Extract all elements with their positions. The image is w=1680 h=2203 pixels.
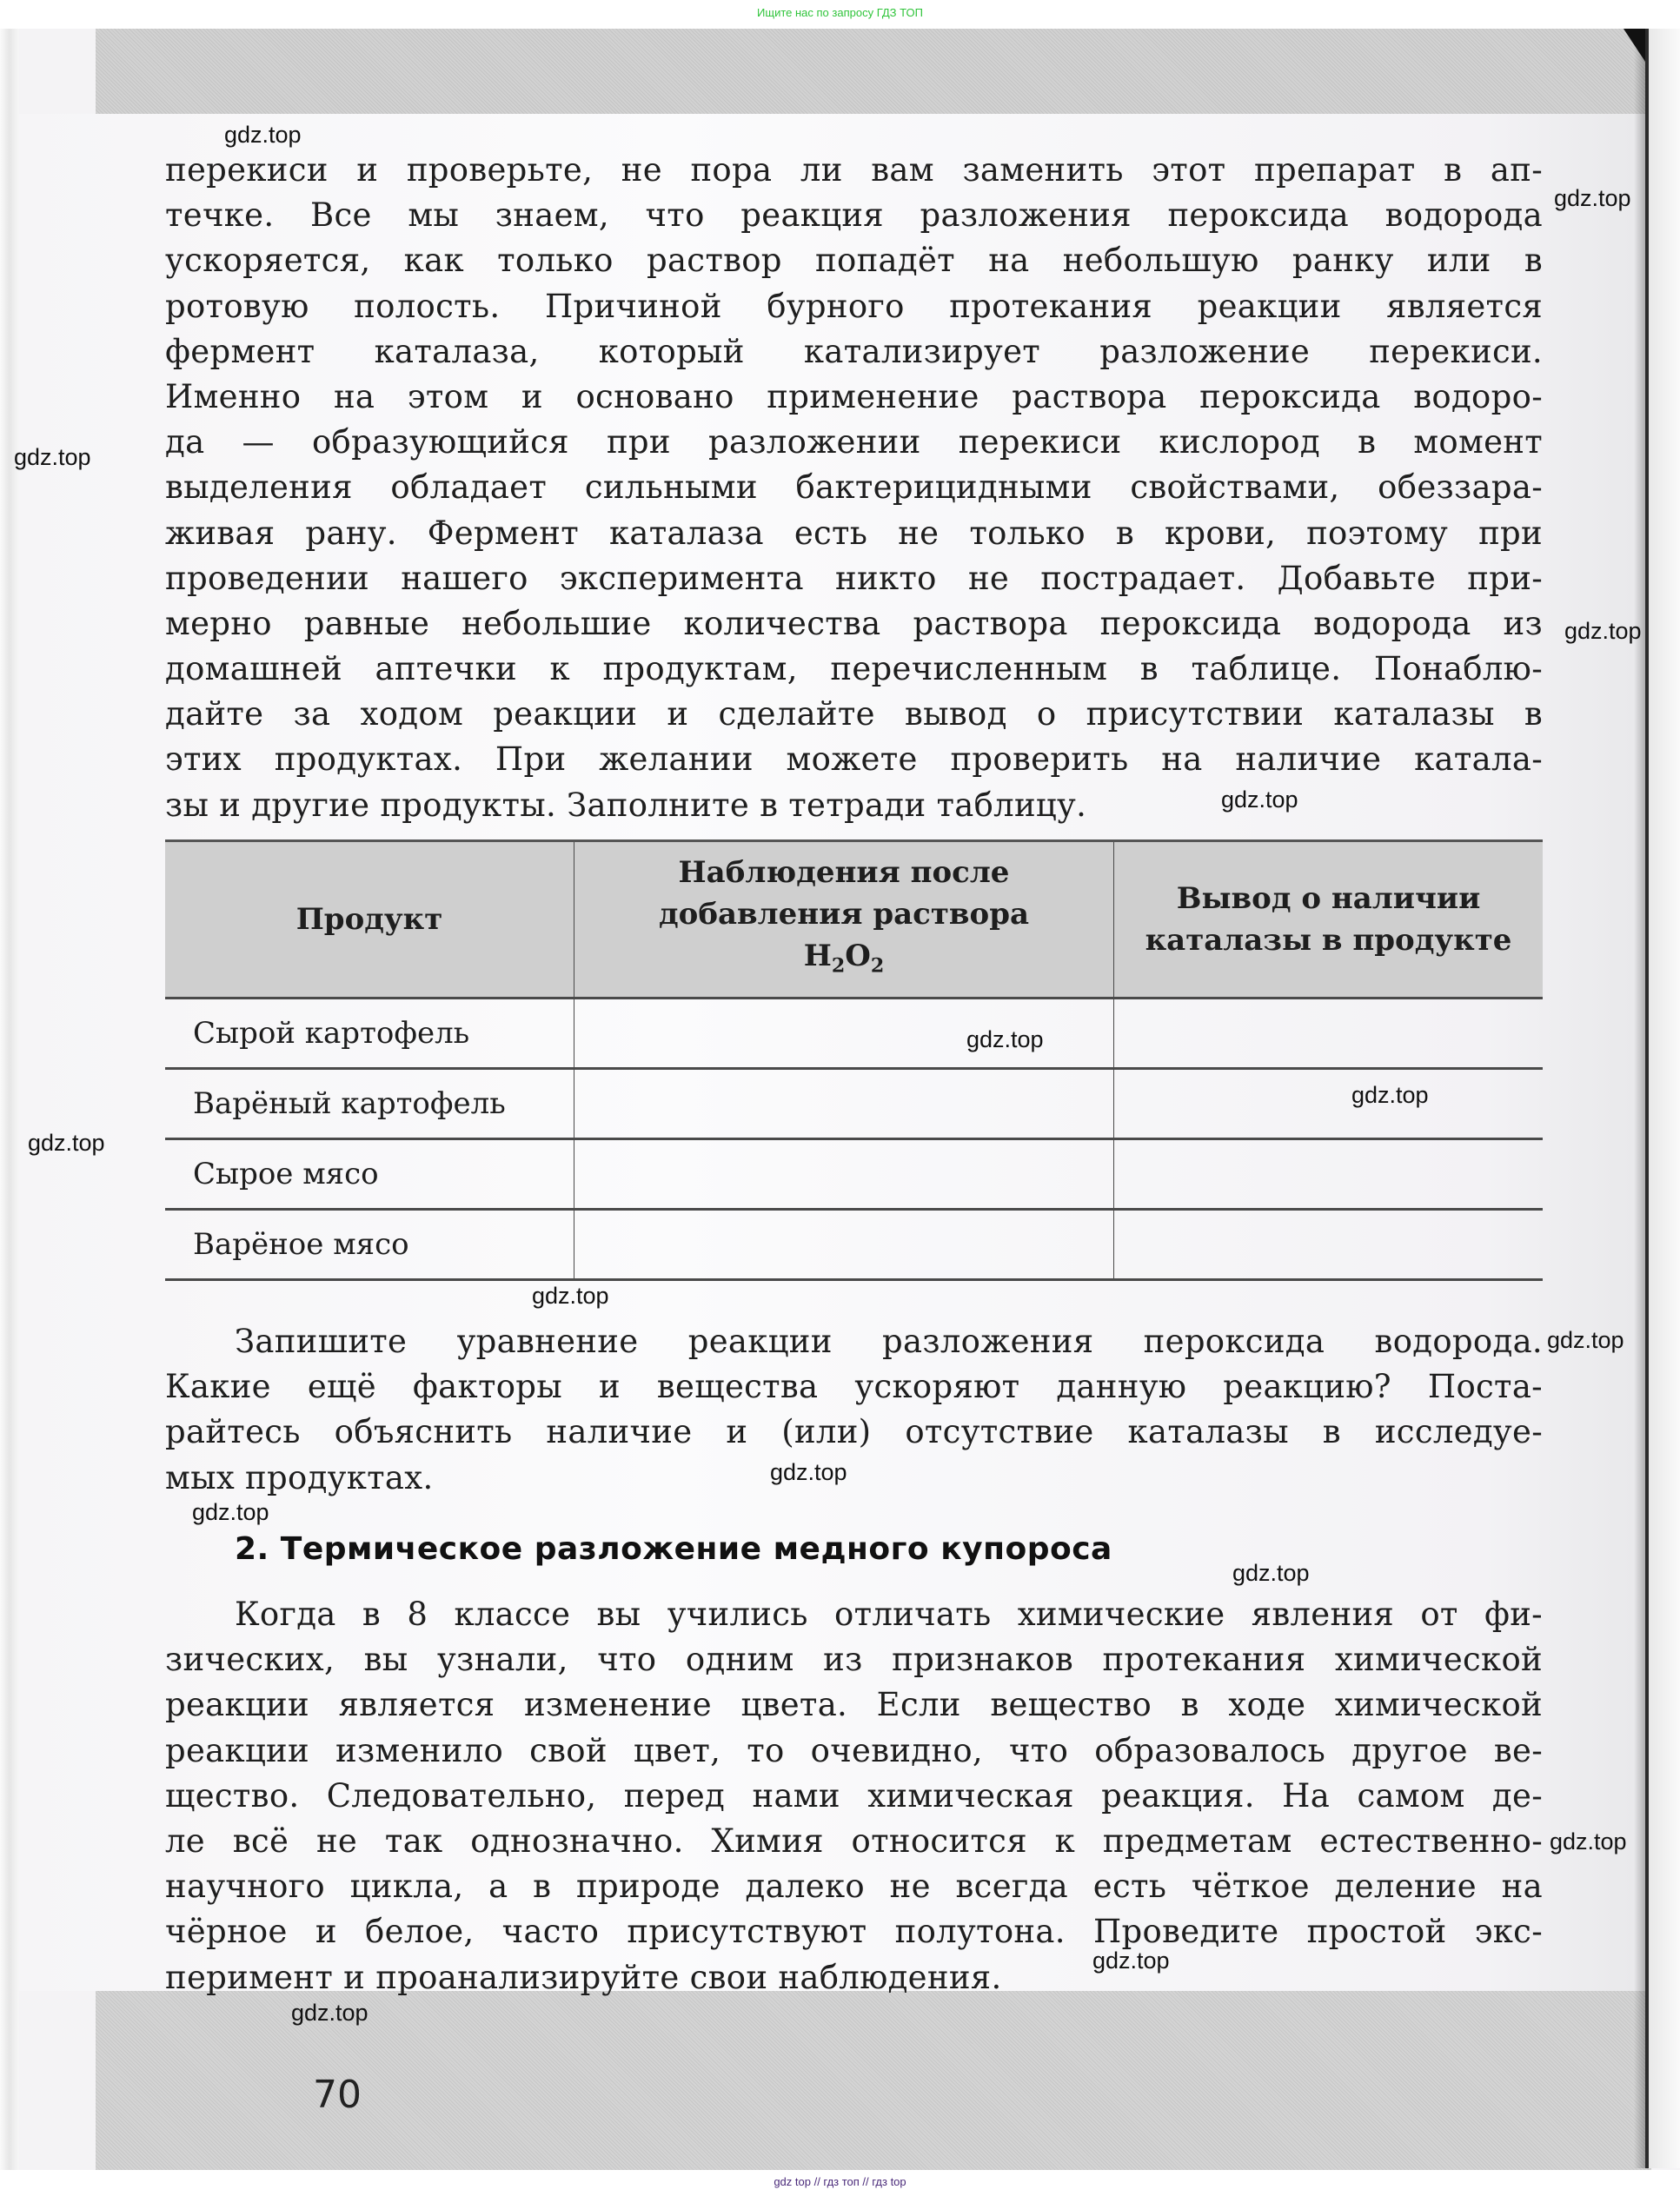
paragraph-reaction-task: Запишите уравнение реакции разложения пе…	[165, 1319, 1543, 1501]
text-line: фермент каталаза, который катализирует р…	[165, 329, 1543, 375]
header-gray-band	[96, 29, 1651, 114]
text-line: да — образующийся при разложении перекис…	[165, 420, 1543, 465]
text-line: домашней аптечки к продуктам, перечислен…	[165, 647, 1543, 692]
cell-conclusion	[1114, 1139, 1544, 1210]
watermark: gdz.top	[1564, 618, 1642, 645]
text-line: Когда в 8 классе вы учились отличать хим…	[165, 1592, 1543, 1637]
watermark: gdz.top	[1092, 1948, 1170, 1974]
header-observations: Наблюдения после добавления раствора H2O…	[574, 841, 1114, 999]
text-line: проведении нашего эксперимента никто не …	[165, 556, 1543, 601]
text-line: реакции является изменение цвета. Если в…	[165, 1682, 1543, 1728]
table-row: Сырое мясо	[165, 1139, 1543, 1210]
header-product: Продукт	[165, 841, 574, 999]
cell-conclusion	[1114, 1210, 1544, 1280]
text-line: научного цикла, а в природе далеко не вс…	[165, 1864, 1543, 1909]
cell-product: Варёное мясо	[165, 1210, 574, 1280]
text-line: перекиси и проверьте, не пора ли вам зам…	[165, 148, 1543, 193]
header-observations-line1: Наблюдения после	[679, 855, 1010, 890]
cell-observation	[574, 1139, 1114, 1210]
table-row: Сырой картофель	[165, 999, 1543, 1069]
h2o2-formula: H2O2	[804, 939, 885, 973]
text-line: Запишите уравнение реакции разложения пе…	[165, 1319, 1543, 1364]
page-left-edge	[0, 29, 19, 2170]
formula-sub: 2	[832, 955, 845, 978]
watermark: gdz.top	[1221, 786, 1298, 813]
header-conclusion-line1: Вывод о наличии	[1177, 881, 1481, 916]
watermark: gdz.top	[28, 1130, 105, 1157]
text-line: Какие ещё факторы и вещества ускоряют да…	[165, 1364, 1543, 1410]
watermark: gdz.top	[1232, 1560, 1310, 1587]
paragraph-catalase-intro: перекиси и проверьте, не пора ли вам зам…	[165, 148, 1543, 828]
formula-sub: 2	[871, 955, 884, 978]
cell-product: Варёный картофель	[165, 1069, 574, 1139]
watermark: gdz.top	[532, 1283, 609, 1310]
text-line: ле всё не так однозначно. Химия относитс…	[165, 1819, 1543, 1864]
formula-h: H	[804, 939, 832, 973]
text-line: зических, вы узнали, что одним из призна…	[165, 1637, 1543, 1682]
page-number: 70	[313, 2073, 362, 2117]
cell-product: Сырое мясо	[165, 1139, 574, 1210]
watermark: gdz.top	[14, 444, 91, 471]
table-row: Варёный картофель	[165, 1069, 1543, 1139]
watermark: gdz.top	[770, 1459, 847, 1486]
cell-product: Сырой картофель	[165, 999, 574, 1069]
cell-observation	[574, 1069, 1114, 1139]
table-header-row: Продукт Наблюдения после добавления раст…	[165, 841, 1543, 999]
watermark: gdz.top	[966, 1026, 1044, 1053]
page-corner	[1624, 29, 1645, 62]
watermark: gdz.top	[224, 122, 302, 149]
text-line: Именно на этом и основано применение рас…	[165, 375, 1543, 420]
page-curl-shadow	[1634, 29, 1645, 2168]
section-heading: 2. Термическое разложение медного купоро…	[235, 1531, 1112, 1567]
text-line: чёрное и белое, часто присутствуют полут…	[165, 1909, 1543, 1954]
formula-o: O	[845, 939, 871, 973]
watermark: gdz.top	[1547, 1327, 1624, 1354]
watermark: gdz.top	[1550, 1828, 1627, 1855]
text-line: этих продуктах. При желании можете прове…	[165, 737, 1543, 782]
text-line: выделения обладает сильными бактерицидны…	[165, 465, 1543, 510]
next-page-edge	[1649, 29, 1680, 2168]
catalase-table: Продукт Наблюдения после добавления раст…	[165, 839, 1543, 1281]
text-line: перимент и проанализируйте свои наблюден…	[165, 1955, 1543, 2001]
table-row: Варёное мясо	[165, 1210, 1543, 1280]
text-line: ротовую полость. Причиной бурного протек…	[165, 284, 1543, 329]
cell-observation	[574, 1210, 1114, 1280]
cell-conclusion	[1114, 999, 1544, 1069]
header-conclusion-line2: каталазы в продукте	[1145, 923, 1512, 958]
watermark: gdz.top	[192, 1499, 269, 1526]
watermark: gdz.top	[1554, 185, 1631, 212]
footer-links[interactable]: gdz top // гдз топ // гдз top	[0, 2170, 1680, 2203]
watermark: gdz.top	[291, 2000, 369, 2027]
text-line: течке. Все мы знаем, что реакция разложе…	[165, 193, 1543, 238]
header-observations-line2: добавления раствора	[659, 897, 1029, 932]
text-line: зы и другие продукты. Заполните в тетрад…	[165, 783, 1543, 828]
text-line: дайте за ходом реакции и сделайте вывод …	[165, 692, 1543, 737]
text-line: мых продуктах.	[165, 1456, 1543, 1501]
paragraph-copper-sulfate: Когда в 8 классе вы учились отличать хим…	[165, 1592, 1543, 2001]
text-line: райтесь объяснить наличие и (или) отсутс…	[165, 1410, 1543, 1455]
text-line: мерно равные небольшие количества раство…	[165, 601, 1543, 647]
text-line: реакции изменило свой цвет, то очевидно,…	[165, 1729, 1543, 1774]
text-line: щество. Следовательно, перед нами химиче…	[165, 1774, 1543, 1819]
search-banner[interactable]: Ищите нас по запросу ГДЗ ТОП	[0, 0, 1680, 29]
header-conclusion: Вывод о наличии каталазы в продукте	[1114, 841, 1544, 999]
watermark: gdz.top	[1351, 1082, 1429, 1109]
text-line: живая рану. Фермент каталаза есть не тол…	[165, 511, 1543, 556]
cell-conclusion	[1114, 1069, 1544, 1139]
text-line: ускоряется, как только раствор попадёт н…	[165, 238, 1543, 283]
